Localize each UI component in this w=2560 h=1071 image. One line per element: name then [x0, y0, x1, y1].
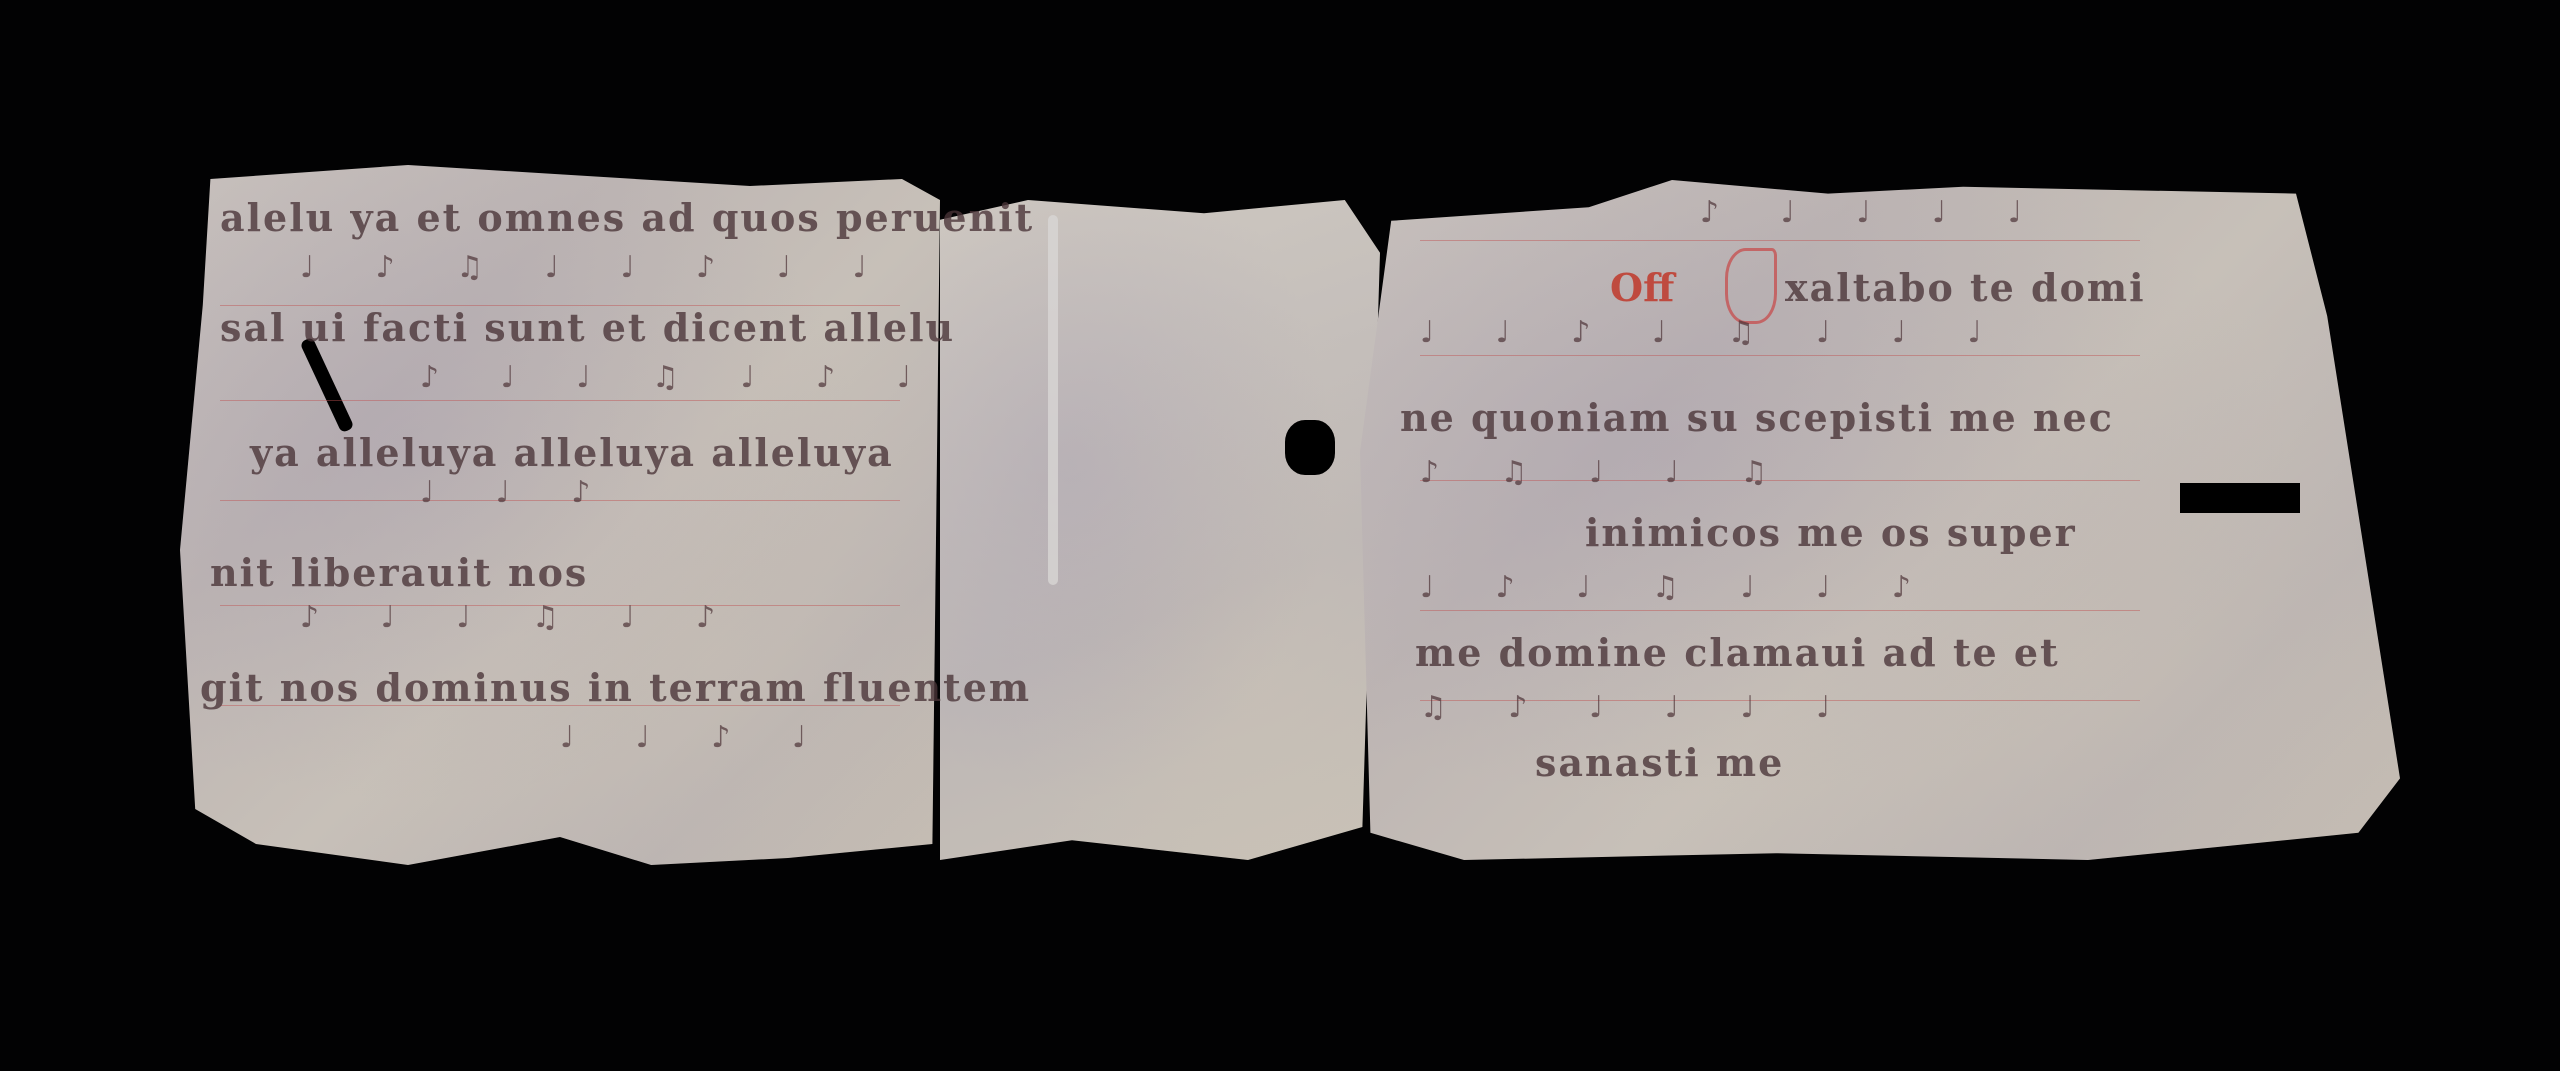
- neume-row: ♩ ♩ ♪: [420, 475, 617, 510]
- manuscript-text-line: ya alleluya alleluya alleluya: [250, 430, 894, 475]
- parchment-hole: [1285, 420, 1335, 475]
- manuscript-text-line: inimicos me os super: [1585, 510, 2077, 555]
- staff-line: [220, 400, 900, 401]
- neume-row: ♩ ♩ ♪ ♩: [560, 720, 832, 755]
- neume-row: ♩ ♪ ♩ ♫ ♩ ♩ ♪: [1420, 570, 1937, 605]
- staff-line: [1420, 240, 2140, 241]
- neume-row: ♫ ♪ ♩ ♩ ♩ ♩: [1420, 690, 1856, 725]
- manuscript-text-line: me domine clamaui ad te et: [1415, 630, 2060, 675]
- manuscript-text-line: alelu ya et omnes ad quos peruenit: [220, 195, 1034, 240]
- black-background: alelu ya et omnes ad quos peruenit ♩ ♪ ♫…: [0, 0, 2560, 1071]
- rubric-offertory: Off: [1610, 265, 1674, 310]
- neume-row: ♩ ♪ ♫ ♩ ♩ ♪ ♩ ♩: [300, 250, 893, 285]
- manuscript-text-line: ne quoniam su scepisti me nec: [1400, 395, 2114, 440]
- manuscript-text-line: xaltabo te domi: [1785, 265, 2146, 310]
- staff-line: [1420, 355, 2140, 356]
- neume-row: ♪ ♩ ♩ ♫ ♩ ♪ ♩: [420, 360, 937, 395]
- neume-row: ♩ ♩ ♪ ♩ ♫ ♩ ♩ ♩: [1420, 315, 2008, 350]
- binding-thread: [1048, 215, 1058, 585]
- manuscript-text-line: nit liberauit nos: [210, 550, 588, 595]
- parchment-slit: [2180, 483, 2300, 513]
- staff-line: [1420, 610, 2140, 611]
- neume-row: ♪ ♩ ♩ ♫ ♩ ♪: [300, 600, 741, 635]
- manuscript-text-line: git nos dominus in terram fluentem: [200, 665, 1031, 710]
- red-initial-letter: [1725, 248, 1777, 324]
- manuscript-text-line: sal ui facti sunt et dicent allelu: [220, 305, 955, 350]
- neume-row: ♪ ♫ ♩ ♩ ♫: [1420, 455, 1793, 490]
- center-binding-strip: [940, 200, 1380, 860]
- neume-row: ♪ ♩ ♩ ♩ ♩: [1700, 195, 2048, 230]
- manuscript-text-line: sanasti me: [1535, 740, 1784, 785]
